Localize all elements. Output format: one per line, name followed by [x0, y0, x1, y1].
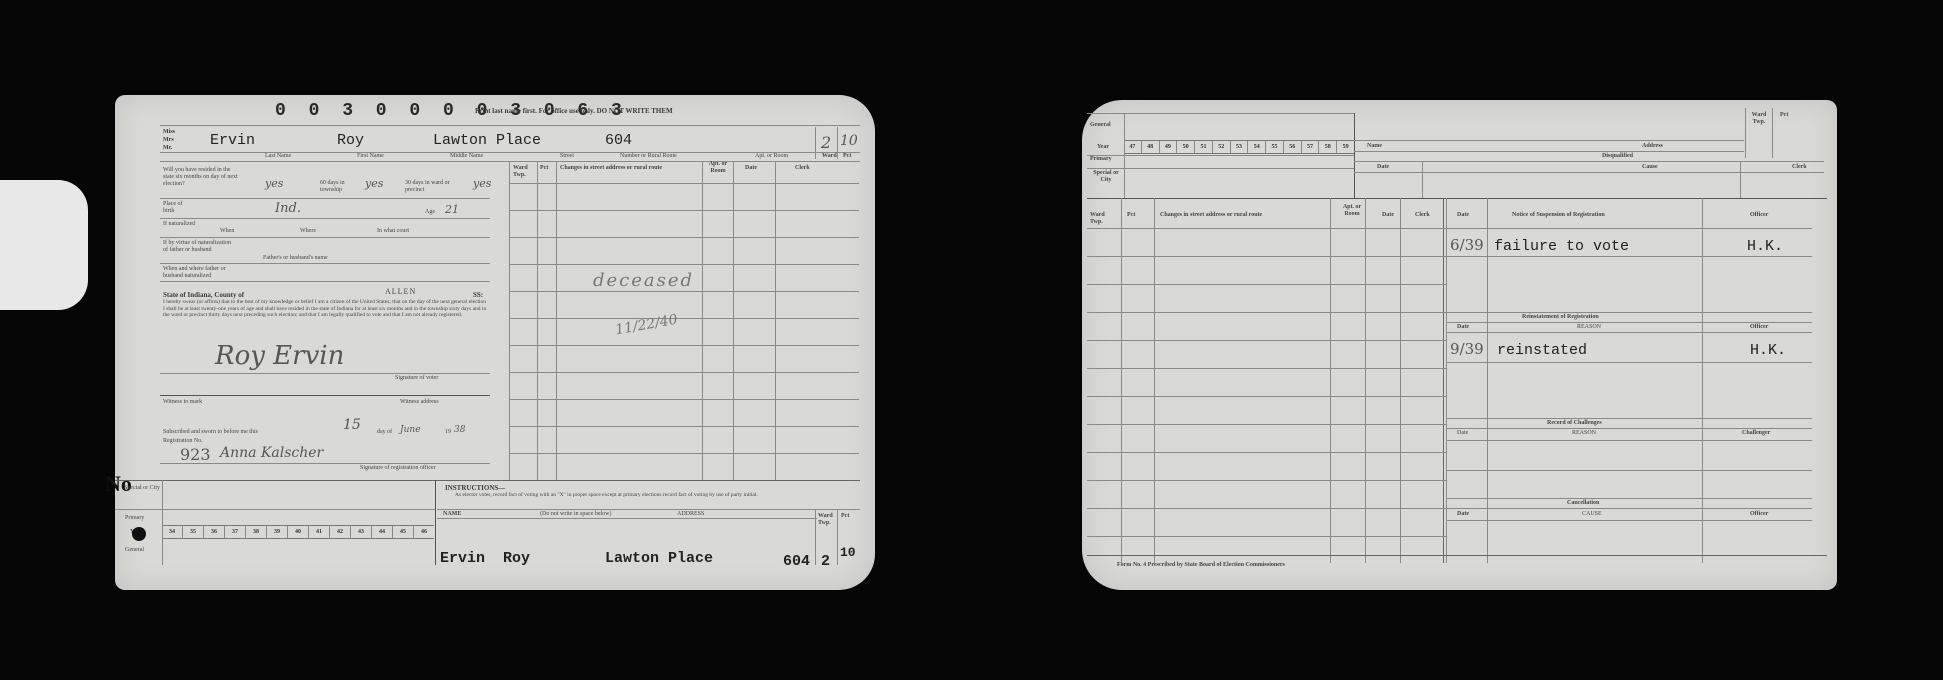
question-ward: 30 days in ward or precinct [405, 180, 460, 194]
punch-hole [132, 527, 146, 541]
question-state-residence: Will you have resided in the state six m… [163, 167, 243, 188]
year-cell: 54 [1248, 141, 1266, 153]
changes-header-clerk: Clerk [795, 165, 810, 172]
back-year-row: 47 48 49 50 51 52 53 54 55 56 57 58 59 [1124, 140, 1354, 154]
back-label-address: Address [1642, 143, 1663, 150]
reinstatement-header-reason: REASON [1577, 324, 1601, 331]
back-grid-label-general: General [1090, 122, 1111, 129]
label-when: When [220, 228, 234, 235]
answer-ward: yes [473, 177, 491, 190]
bottom-street: Lawton Place [605, 550, 713, 567]
label-middle-name: Middle Name [450, 153, 483, 160]
suspension-header-officer: Officer [1750, 212, 1768, 219]
back-grid-label-special: Special or City [1090, 170, 1122, 184]
grid-label-general: General [125, 547, 144, 554]
label-court: In what court [377, 228, 409, 235]
year-cell: 52 [1213, 141, 1231, 153]
year-cell: 48 [1142, 141, 1160, 153]
label-naturalized: If naturalized [163, 221, 198, 228]
subscribed-day: 15 [343, 417, 361, 433]
last-name-value: Ervin [210, 132, 255, 149]
punch-tab [0, 180, 88, 310]
label-subscribed: Subscribed and sworn to before me this [163, 429, 258, 436]
oath-text: I hereby swear (or affirm) that to the b… [163, 299, 488, 319]
back-changes-header-clerk: Clerk [1415, 212, 1430, 219]
age-value: 21 [445, 203, 459, 216]
year-cell: 50 [1177, 141, 1195, 153]
challenges-header-challenger: Challenger [1742, 430, 1770, 437]
year-cell: 41 [309, 526, 330, 538]
label-pct: Pct [843, 153, 851, 160]
changes-header-date: Date [745, 165, 757, 172]
bottom-number: 604 [783, 553, 810, 570]
back-grid-label-primary: Primary [1090, 156, 1112, 163]
back-label-name: Name [1367, 143, 1382, 150]
year-cell: 47 [1124, 141, 1142, 153]
year-cell: 35 [183, 526, 204, 538]
year-cell: 51 [1195, 141, 1213, 153]
suspension-reason: failure to vote [1494, 238, 1629, 255]
registration-card-front: 0 0 3 0 0 0 0 3 0 6 3 Print last name fi… [115, 95, 875, 590]
reinstatement-title: Reinstatement of Registration [1522, 314, 1599, 321]
front-year-row: 34 35 36 37 38 39 40 41 42 43 44 45 46 [162, 525, 434, 539]
header-instruction: Print last name first. For office use on… [475, 107, 673, 115]
registration-card-back: General Year Primary Special or City 47 … [1082, 100, 1837, 590]
year-cell: 42 [330, 526, 351, 538]
cancellation-title: Cancellation [1567, 500, 1599, 507]
year-cell: 49 [1160, 141, 1178, 153]
cancellation-header-officer: Officer [1750, 511, 1768, 518]
oath-ss: SS: [473, 291, 483, 299]
back-label-disqualified: Disqualified [1602, 153, 1633, 160]
oath-heading: State of Indiana, County of [163, 291, 244, 299]
year-cell: 40 [288, 526, 309, 538]
suspension-date: 6/39 [1450, 236, 1484, 254]
ward-value: 2 [821, 133, 831, 152]
cancellation-header-date: Date [1457, 511, 1469, 518]
back-changes-header-address: Changes in street address or rural route [1160, 212, 1330, 219]
subscribed-year: 38 [454, 425, 465, 435]
grid-label-primary: Primary [125, 515, 144, 522]
year-cell: 55 [1266, 141, 1284, 153]
instructions-name-label: NAME [443, 511, 461, 518]
bottom-ward-label: Ward Twp. [818, 513, 836, 527]
label-registration-no: Registration No. [163, 438, 203, 445]
back-label-pct: Pct [1780, 112, 1788, 119]
reinstatement-header-officer: Officer [1750, 324, 1768, 331]
precinct-value: 10 [840, 133, 858, 149]
label-witness: Witness to mark [163, 399, 202, 406]
year-cell: 56 [1284, 141, 1302, 153]
question-township: 60 days in township [320, 180, 362, 194]
back-grid-label-year: Year [1097, 144, 1109, 151]
back-label-date: Date [1377, 164, 1389, 171]
year-cell: 34 [162, 526, 183, 538]
suspension-header-date: Date [1457, 212, 1469, 219]
back-changes-header-ward: Ward Twp. [1090, 212, 1112, 226]
no-mark: No [105, 471, 132, 497]
title-prefix: Miss Mrs Mr. [163, 128, 183, 152]
changes-header-address: Changes in street address or rural route [560, 165, 700, 172]
suspension-officer: H.K. [1747, 238, 1783, 255]
cancellation-header-cause: CAUSE [1582, 511, 1602, 518]
instructions-heading: INSTRUCTIONS— [445, 484, 505, 492]
first-name-value: Roy [337, 132, 364, 149]
label-apt: Apt. or Room [755, 153, 788, 160]
label-number: Number or Rural Route [620, 153, 677, 160]
label-officer-signature: Signature of registration officer [360, 465, 436, 472]
instructions-text: As elector votes, record fact of voting … [455, 492, 835, 499]
label-where: Where [300, 228, 316, 235]
instructions-address-label: ADDRESS [677, 511, 704, 518]
label-when-where-father: When and where father or husband natural… [163, 266, 243, 280]
back-label-cause: Cause [1642, 164, 1658, 171]
challenges-header-reason: REASON [1572, 430, 1596, 437]
label-witness-address: Witness address [400, 399, 439, 406]
challenges-header-date: Date [1457, 430, 1468, 437]
bottom-name: Ervin Roy [440, 550, 530, 567]
officer-signature: Anna Kalscher [220, 445, 323, 461]
year-cell: 37 [225, 526, 246, 538]
label-signature-voter: Signature of voter [395, 375, 438, 382]
number-value: 604 [605, 132, 632, 149]
label-last-name: Last Name [265, 153, 291, 160]
year-cell: 44 [372, 526, 393, 538]
bottom-pct: 10 [840, 545, 856, 560]
answer-state-residence: yes [265, 177, 283, 190]
street-value: Lawton Place [433, 132, 541, 149]
voter-signature: Roy Ervin [215, 341, 344, 371]
label-day-of: day of [377, 429, 392, 436]
oath-county: ALLEN [385, 288, 416, 295]
back-changes-header-date: Date [1382, 212, 1394, 219]
registration-no-value: 923 [180, 445, 211, 464]
answer-township: yes [365, 177, 383, 190]
year-cell: 43 [351, 526, 372, 538]
handwritten-date: 11/22/40 [614, 312, 679, 339]
label-virtue: If by virtue of naturalization of father… [163, 240, 233, 254]
label-first-name: First Name [357, 153, 384, 160]
year-cell: 58 [1319, 141, 1337, 153]
year-cell: 57 [1302, 141, 1320, 153]
back-changes-header-apt: Apt. or Room [1335, 204, 1369, 218]
challenges-title: Record of Challenges [1547, 420, 1602, 427]
changes-header-ward: Ward Twp. [513, 165, 535, 179]
reinstatement-officer: H.K. [1750, 342, 1786, 359]
reinstatement-header-date: Date [1457, 324, 1469, 331]
reinstatement-date: 9/39 [1450, 340, 1484, 358]
year-cell: 45 [393, 526, 414, 538]
year-cell: 59 [1337, 141, 1354, 153]
label-street: Street [560, 153, 574, 160]
year-cell: 36 [204, 526, 225, 538]
label-father-name: Father's or husband's name [263, 255, 328, 262]
label-place-of-birth: Place of birth [163, 201, 193, 215]
label-age: Age [425, 209, 435, 216]
changes-header-pct: Pct [540, 165, 548, 172]
instructions-do-not-write: (Do not write in space below) [540, 511, 611, 518]
handwritten-deceased: deceased [593, 270, 694, 291]
back-label-clerk: Clerk [1792, 164, 1807, 171]
year-cell: 46 [414, 526, 434, 538]
subscribed-year-prefix: 19 [445, 429, 451, 436]
year-cell: 38 [246, 526, 267, 538]
suspension-header-notice: Notice of Suspension of Registration [1512, 212, 1605, 219]
year-cell: 53 [1231, 141, 1249, 153]
bottom-pct-label: Pct [841, 513, 849, 520]
reinstatement-reason: reinstated [1497, 342, 1587, 359]
subscribed-month: June [400, 425, 421, 435]
grid-label-special: Special or City [123, 485, 161, 492]
bottom-ward: 2 [821, 553, 830, 570]
back-label-ward: Ward Twp. [1748, 112, 1770, 126]
label-ward: Ward [822, 153, 837, 160]
form-footer: Form No. 4 Prescribed by State Board of … [1117, 562, 1285, 569]
place-of-birth-value: Ind. [275, 201, 301, 216]
year-cell: 39 [267, 526, 288, 538]
back-changes-header-pct: Pct [1127, 212, 1135, 219]
changes-header-apt: Apt. or Room [705, 161, 731, 175]
